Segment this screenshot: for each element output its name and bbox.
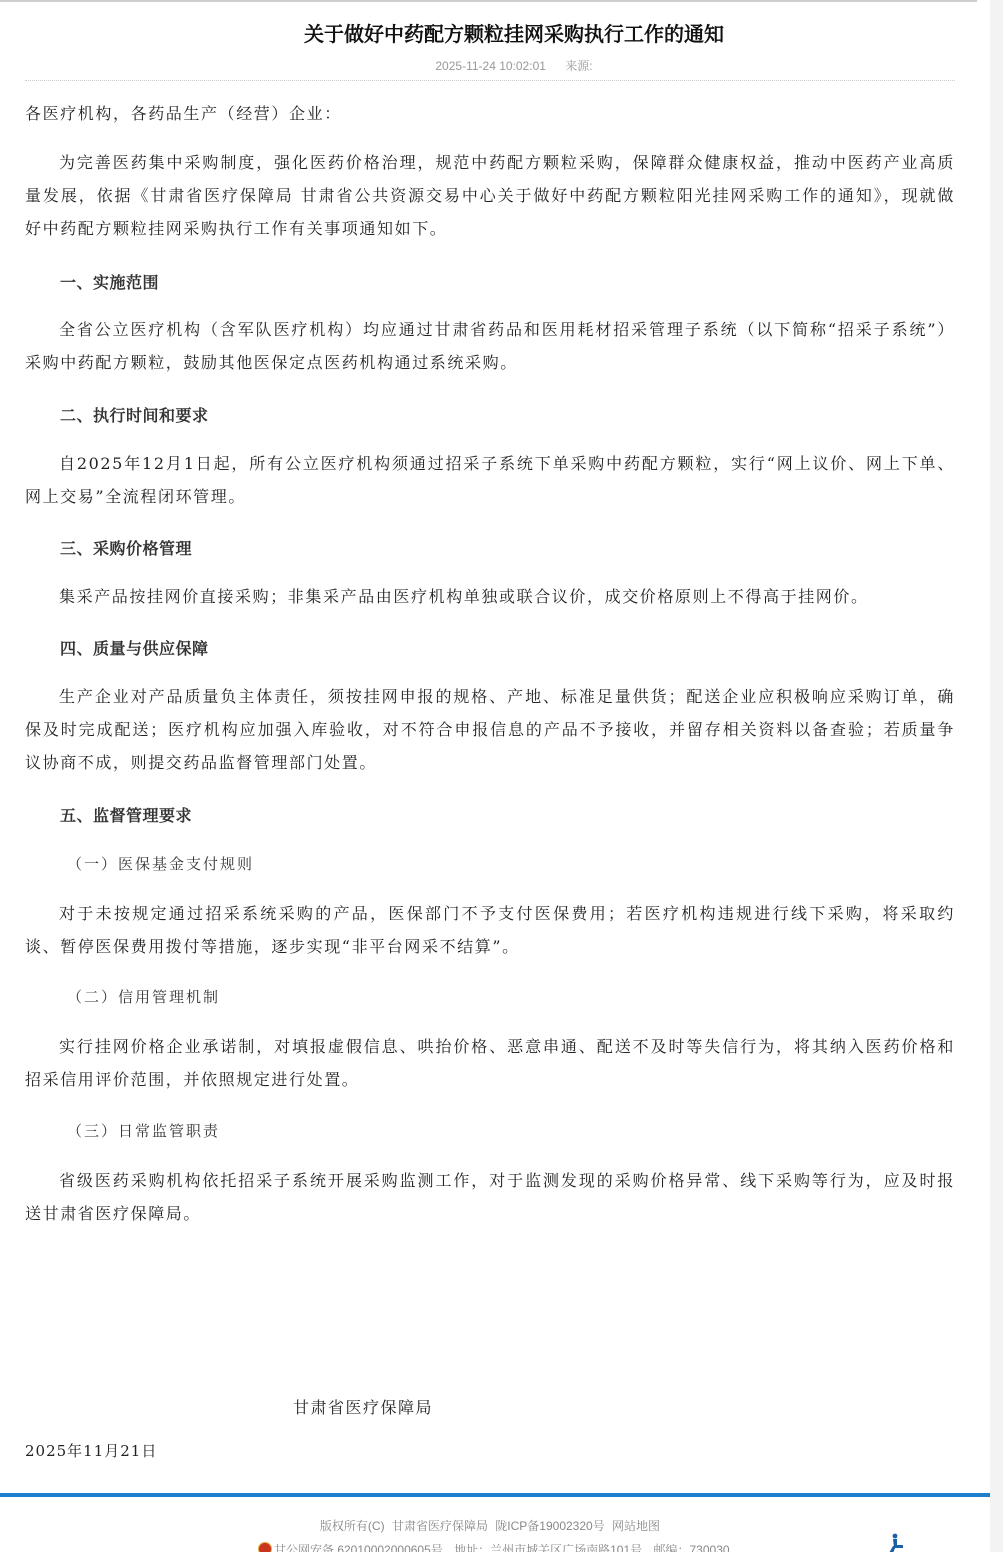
publish-time: 2025-11-24 10:02:01 (435, 59, 546, 73)
section-heading-1: 一、实施范围 (60, 270, 159, 293)
section-heading-2: 二、执行时间和要求 (60, 403, 209, 426)
footer-address: 地址：兰州市城关区广场南路101号 (454, 1543, 642, 1552)
issue-date: 2025年11月21日 (25, 1440, 157, 1461)
sitemap-link[interactable]: 网站地图 (612, 1519, 660, 1533)
article-meta: 2025-11-24 10:02:01 来源: (0, 57, 1003, 74)
icp-link[interactable]: 陇ICP备19002320号 (495, 1519, 604, 1533)
footer-postcode: 邮编：730030 (654, 1543, 730, 1552)
section-body-1: 全省公立医疗机构（含军队医疗机构）均应通过甘肃省药品和医用耗材招采管理子系统（以… (25, 313, 955, 379)
section-body-4: 生产企业对产品质量负主体责任，须按挂网申报的规格、产地、标准足量供货；配送企业应… (25, 680, 955, 779)
footer-divider (0, 1493, 990, 1497)
section-heading-4: 四、质量与供应保障 (60, 636, 209, 659)
intro-paragraph: 为完善医药集中采购制度，强化医药价格治理，规范中药配方颗粒采购，保障群众健康权益… (25, 146, 955, 245)
footer-org: 甘肃省医疗保障局 (392, 1519, 488, 1533)
page-title: 关于做好中药配方颗粒挂网采购执行工作的通知 (0, 18, 1003, 47)
scrollbar[interactable] (990, 0, 1003, 1552)
section-body-3: 集采产品按挂网价直接采购；非集采产品由医疗机构单独或联合议价，成交价格原则上不得… (25, 580, 955, 613)
copyright-text: 版权所有(C) (320, 1519, 385, 1533)
subsection-heading-2: （二）信用管理机制 (67, 986, 220, 1007)
subsection-body-3: 省级医药采购机构依托招采子系统开展采购监测工作，对于监测发现的采购价格异常、线下… (25, 1164, 955, 1230)
section-heading-3: 三、采购价格管理 (60, 536, 192, 559)
subsection-heading-1: （一）医保基金支付规则 (67, 853, 254, 874)
accessibility-icon[interactable] (884, 1533, 906, 1552)
subsection-heading-3: （三）日常监管职责 (67, 1120, 220, 1141)
section-body-2: 自2025年12月1日起，所有公立医疗机构须通过招采子系统下单采购中药配方颗粒，… (25, 447, 955, 513)
subsection-body-2: 实行挂网价格企业承诺制，对填报虚假信息、哄抬价格、恶意串通、配送不及时等失信行为… (25, 1030, 955, 1096)
footer-contact-row: 甘公网安备 62010002000605号 地址：兰州市城关区广场南路101号 … (258, 1541, 738, 1552)
footer-copyright-row: 版权所有(C) 甘肃省医疗保障局 陇ICP备19002320号 网站地图 (0, 1517, 980, 1534)
subsection-body-1: 对于未按规定通过招采系统采购的产品，医保部门不予支付医保费用；若医疗机构违规进行… (25, 897, 955, 963)
top-divider (0, 0, 977, 2)
signature: 甘肃省医疗保障局 (293, 1395, 433, 1418)
police-record-link[interactable]: 甘公网安备 62010002000605号 (274, 1543, 443, 1552)
section-heading-5: 五、监督管理要求 (60, 803, 192, 826)
salutation: 各医疗机构，各药品生产（经营）企业： (25, 97, 955, 130)
meta-divider (25, 80, 955, 81)
source-label: 来源: (565, 59, 592, 73)
police-badge-icon (258, 1542, 272, 1552)
